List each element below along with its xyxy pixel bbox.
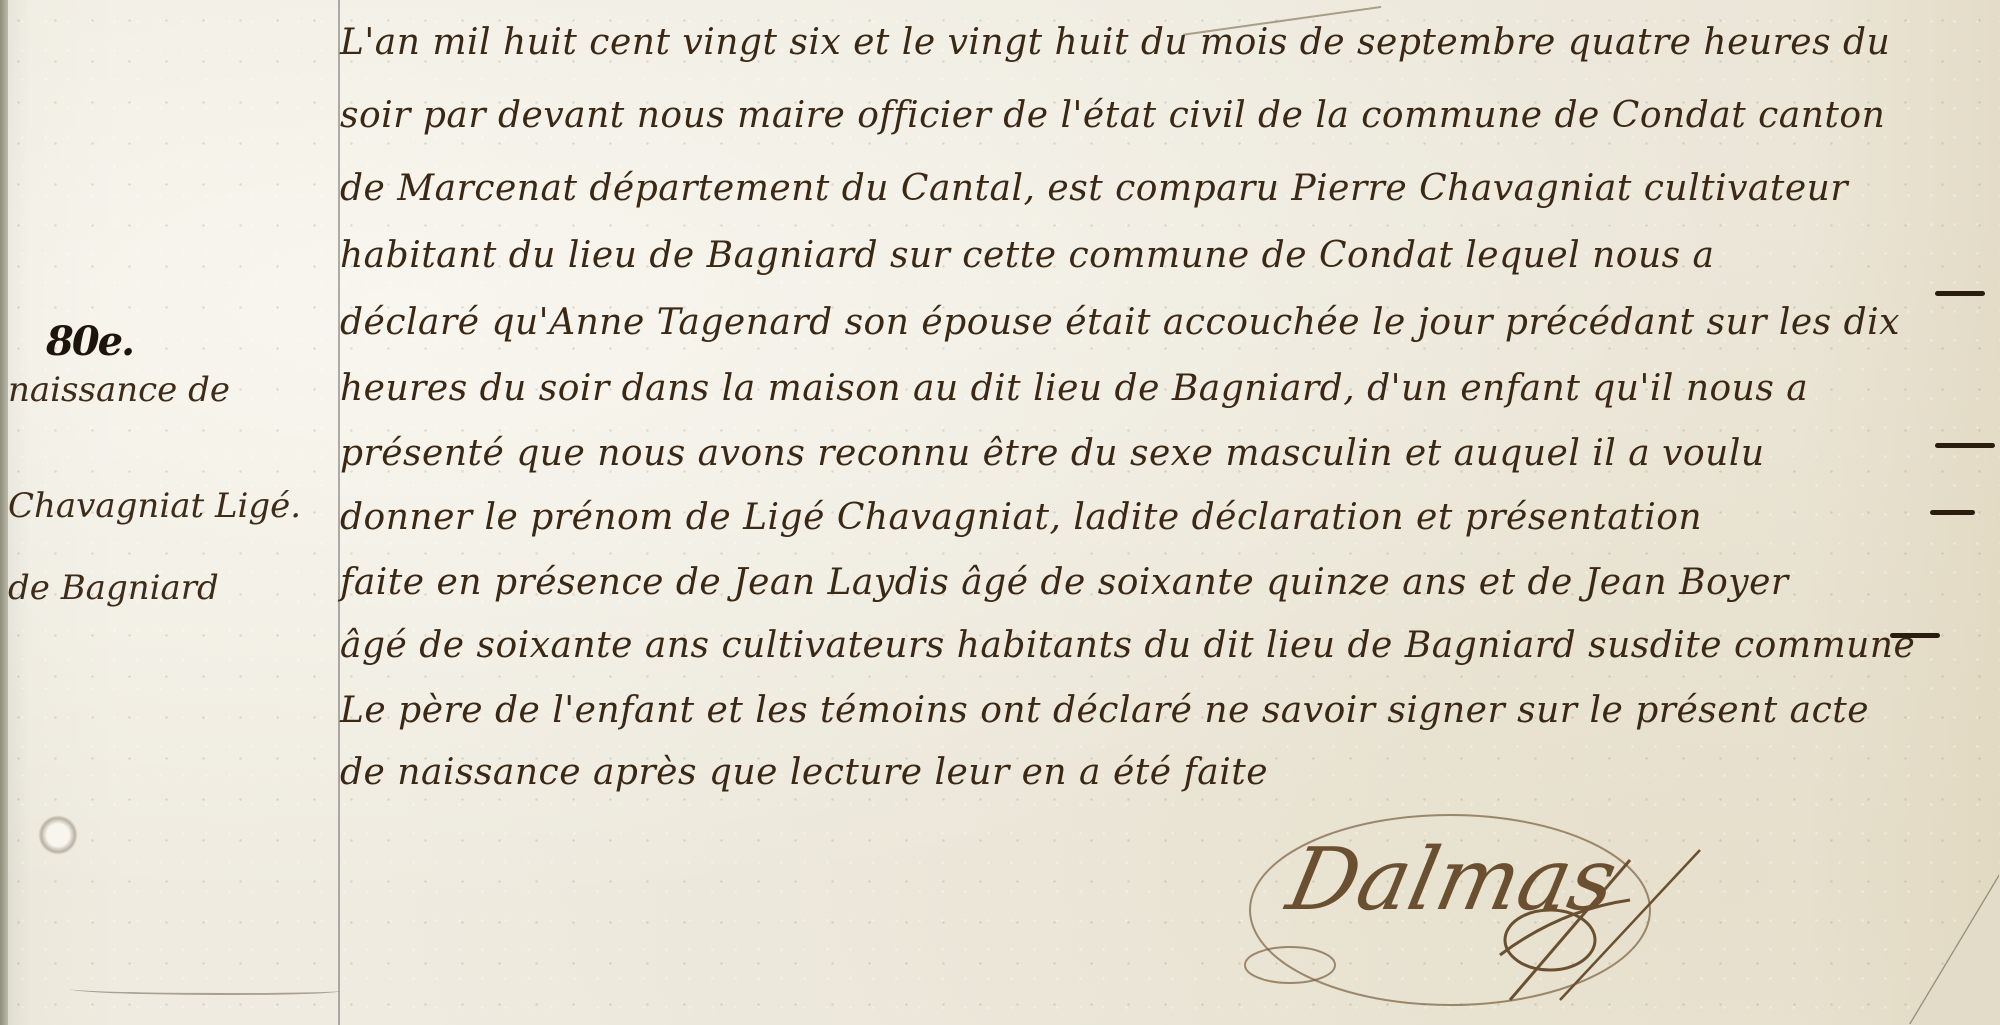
manuscript-page: 80e. naissance de Chavagniat Ligé. de Ba… (0, 0, 2000, 1025)
record-line: âgé de soixante ans cultivateurs habitan… (340, 625, 1915, 666)
line-filler-dash (1935, 443, 1995, 448)
record-line: habitant du lieu de Bagniard sur cette c… (340, 235, 1715, 276)
record-line: heures du soir dans la maison au dit lie… (340, 368, 1808, 409)
line-filler-dash (1935, 291, 1985, 296)
record-line: L'an mil huit cent vingt six et le vingt… (340, 22, 1890, 63)
record-line: soir par devant nous maire officier de l… (340, 95, 1885, 136)
binding-edge (0, 0, 8, 1025)
paper-tear (70, 985, 340, 995)
entry-number: 80e. (46, 318, 133, 365)
margin-line: naissance de (8, 370, 230, 410)
line-filler-dash (1890, 633, 1940, 638)
mayor-signature: Dalmas (1230, 790, 1830, 1020)
signature-name: Dalmas (1279, 830, 1625, 930)
paper-hole (38, 815, 78, 855)
record-line: donner le prénom de Ligé Chavagniat, lad… (340, 497, 1702, 538)
record-line: de naissance après que lecture leur en a… (340, 752, 1268, 793)
record-line: déclaré qu'Anne Tagenard son épouse étai… (340, 302, 1900, 343)
margin-line: Chavagniat Ligé. (8, 486, 301, 526)
line-filler-dash (1930, 510, 1975, 515)
record-line: faite en présence de Jean Laydis âgé de … (340, 562, 1789, 603)
folded-corner (1910, 875, 2000, 1025)
margin-line: de Bagniard (8, 568, 219, 608)
record-line: présenté que nous avons reconnu être du … (340, 433, 1765, 474)
record-line: de Marcenat département du Cantal, est c… (340, 168, 1848, 209)
record-line: Le père de l'enfant et les témoins ont d… (340, 690, 1869, 731)
